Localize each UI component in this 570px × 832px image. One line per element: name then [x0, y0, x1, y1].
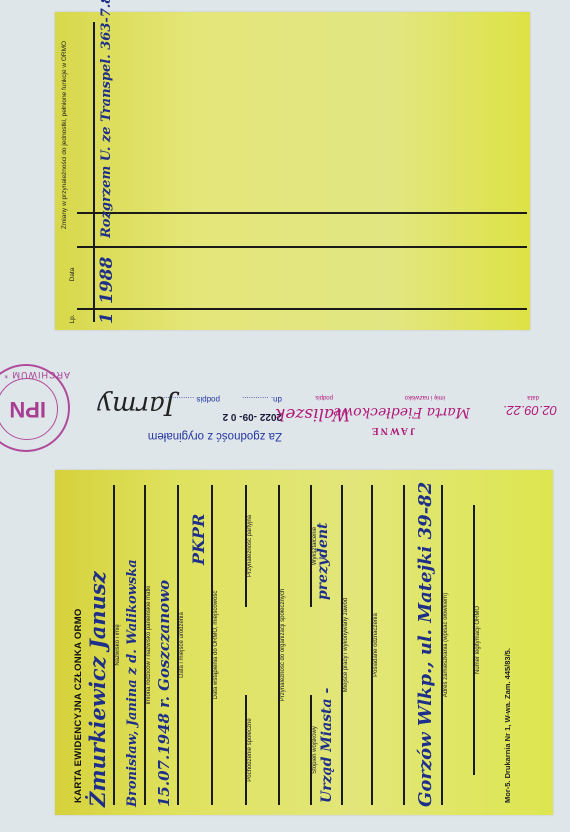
- decl-signature: Waliszek: [275, 404, 350, 424]
- parents-label: Imiona rodziców i nazwisko panieńskie ma…: [146, 485, 152, 805]
- work-label: Miejsce pracy i wykonywany zawód: [343, 485, 349, 805]
- awards-label: Posiadane odznaczenia: [373, 485, 379, 805]
- declassification-stamp: JAWNE 02.09.22. data Marta Fiedłeckowe i…: [285, 380, 565, 440]
- birth-value: 15.07.1948 r. Goszczanowo: [155, 580, 173, 807]
- header-divider: [93, 22, 95, 322]
- header-changes: Zmiany w przynależności do jednostki, pe…: [60, 35, 69, 235]
- bottom-card-content: KARTA EWIDENCYJNA CZŁONKA ORMO Żmurkiewi…: [55, 470, 553, 815]
- social-origin-label: Pochodzenie społeczne: [247, 695, 253, 805]
- col-separator-1: [77, 308, 527, 310]
- printer-footer: Mor-5. Drukarnia Nr 1, W-wa. Zam. 445/83…: [503, 648, 512, 803]
- awards-line: [403, 485, 405, 805]
- bottom-card: KARTA EWIDENCYJNA CZŁONKA ORMO Żmurkiewi…: [55, 470, 553, 815]
- decl-date: 02.09.22.: [503, 403, 557, 418]
- card-title: KARTA EWIDENCYJNA CZŁONKA ORMO: [73, 608, 84, 803]
- decl-date-label: data: [527, 394, 539, 400]
- certification-stamp: Za zgodność z oryginałem 2022 -09- 0 2 p…: [90, 360, 290, 450]
- header-lp: Lp.: [69, 311, 76, 327]
- id-label: Numer legitymacji ORMO: [475, 505, 481, 775]
- name-label: Nazwisko i imię: [115, 485, 121, 805]
- decl-name-label: imię i nazwisko: [405, 394, 445, 400]
- header-date: Data: [69, 247, 76, 302]
- top-card: Lp. Data Zmiany w przynależności do jedn…: [55, 12, 530, 330]
- row-lp: 1: [97, 312, 117, 324]
- military-rank-value: Urząd Miasta -: [319, 688, 335, 803]
- org-label: Przynależność do organizacji społecznych: [280, 485, 286, 805]
- join-value: PKPR: [189, 514, 208, 565]
- cert-date: 2022 -09- 0 2: [223, 411, 283, 422]
- military-rank-label: Stopień wojskowy: [312, 695, 318, 805]
- party-label: Przynależność partyjna: [247, 485, 253, 607]
- archive-stamp-ring: ARCHIWUM * SZCZECIN: [0, 370, 70, 380]
- decl-name: Marta Fiedłeckowe: [333, 404, 470, 420]
- education-value: prezydent: [315, 523, 331, 601]
- parents-value: Bronisław, Janina z d. Walikowska: [125, 559, 140, 807]
- col-separator-2: [77, 246, 527, 248]
- address-value: Gorzów Wlkp., ul. Matejki 39-82: [415, 482, 436, 807]
- row-changes: Rozgrzem U. ze Transpel. 363-7.88: [99, 0, 114, 238]
- col-separator-3: [77, 212, 527, 214]
- cert-dn: dn. ............: [242, 395, 282, 404]
- row-date: 1988: [97, 257, 117, 304]
- jawne-word: JAWNE: [370, 425, 415, 436]
- cert-line1: Za zgodność z oryginałem: [148, 430, 282, 442]
- address-label: Adres zamieszkania (wpisać ołówkiem): [443, 485, 449, 805]
- join-label: Data wstąpienia do ORMO, miejscowość: [213, 485, 219, 805]
- archive-stamp-center: IPN: [9, 396, 46, 422]
- birth-label: Data i miejsce urodzenia: [179, 485, 185, 805]
- archive-stamp: IPN ARCHIWUM * SZCZECIN: [0, 364, 70, 452]
- top-card-content: Lp. Data Zmiany w przynależności do jedn…: [55, 12, 530, 330]
- header-changes-text: Zmiany w przynależności do jednostki, pe…: [61, 41, 68, 229]
- cert-signature: Jarmy: [97, 390, 175, 420]
- decl-signature-label: podpis: [315, 394, 333, 400]
- name-value: Żmurkiewicz Janusz: [85, 571, 110, 807]
